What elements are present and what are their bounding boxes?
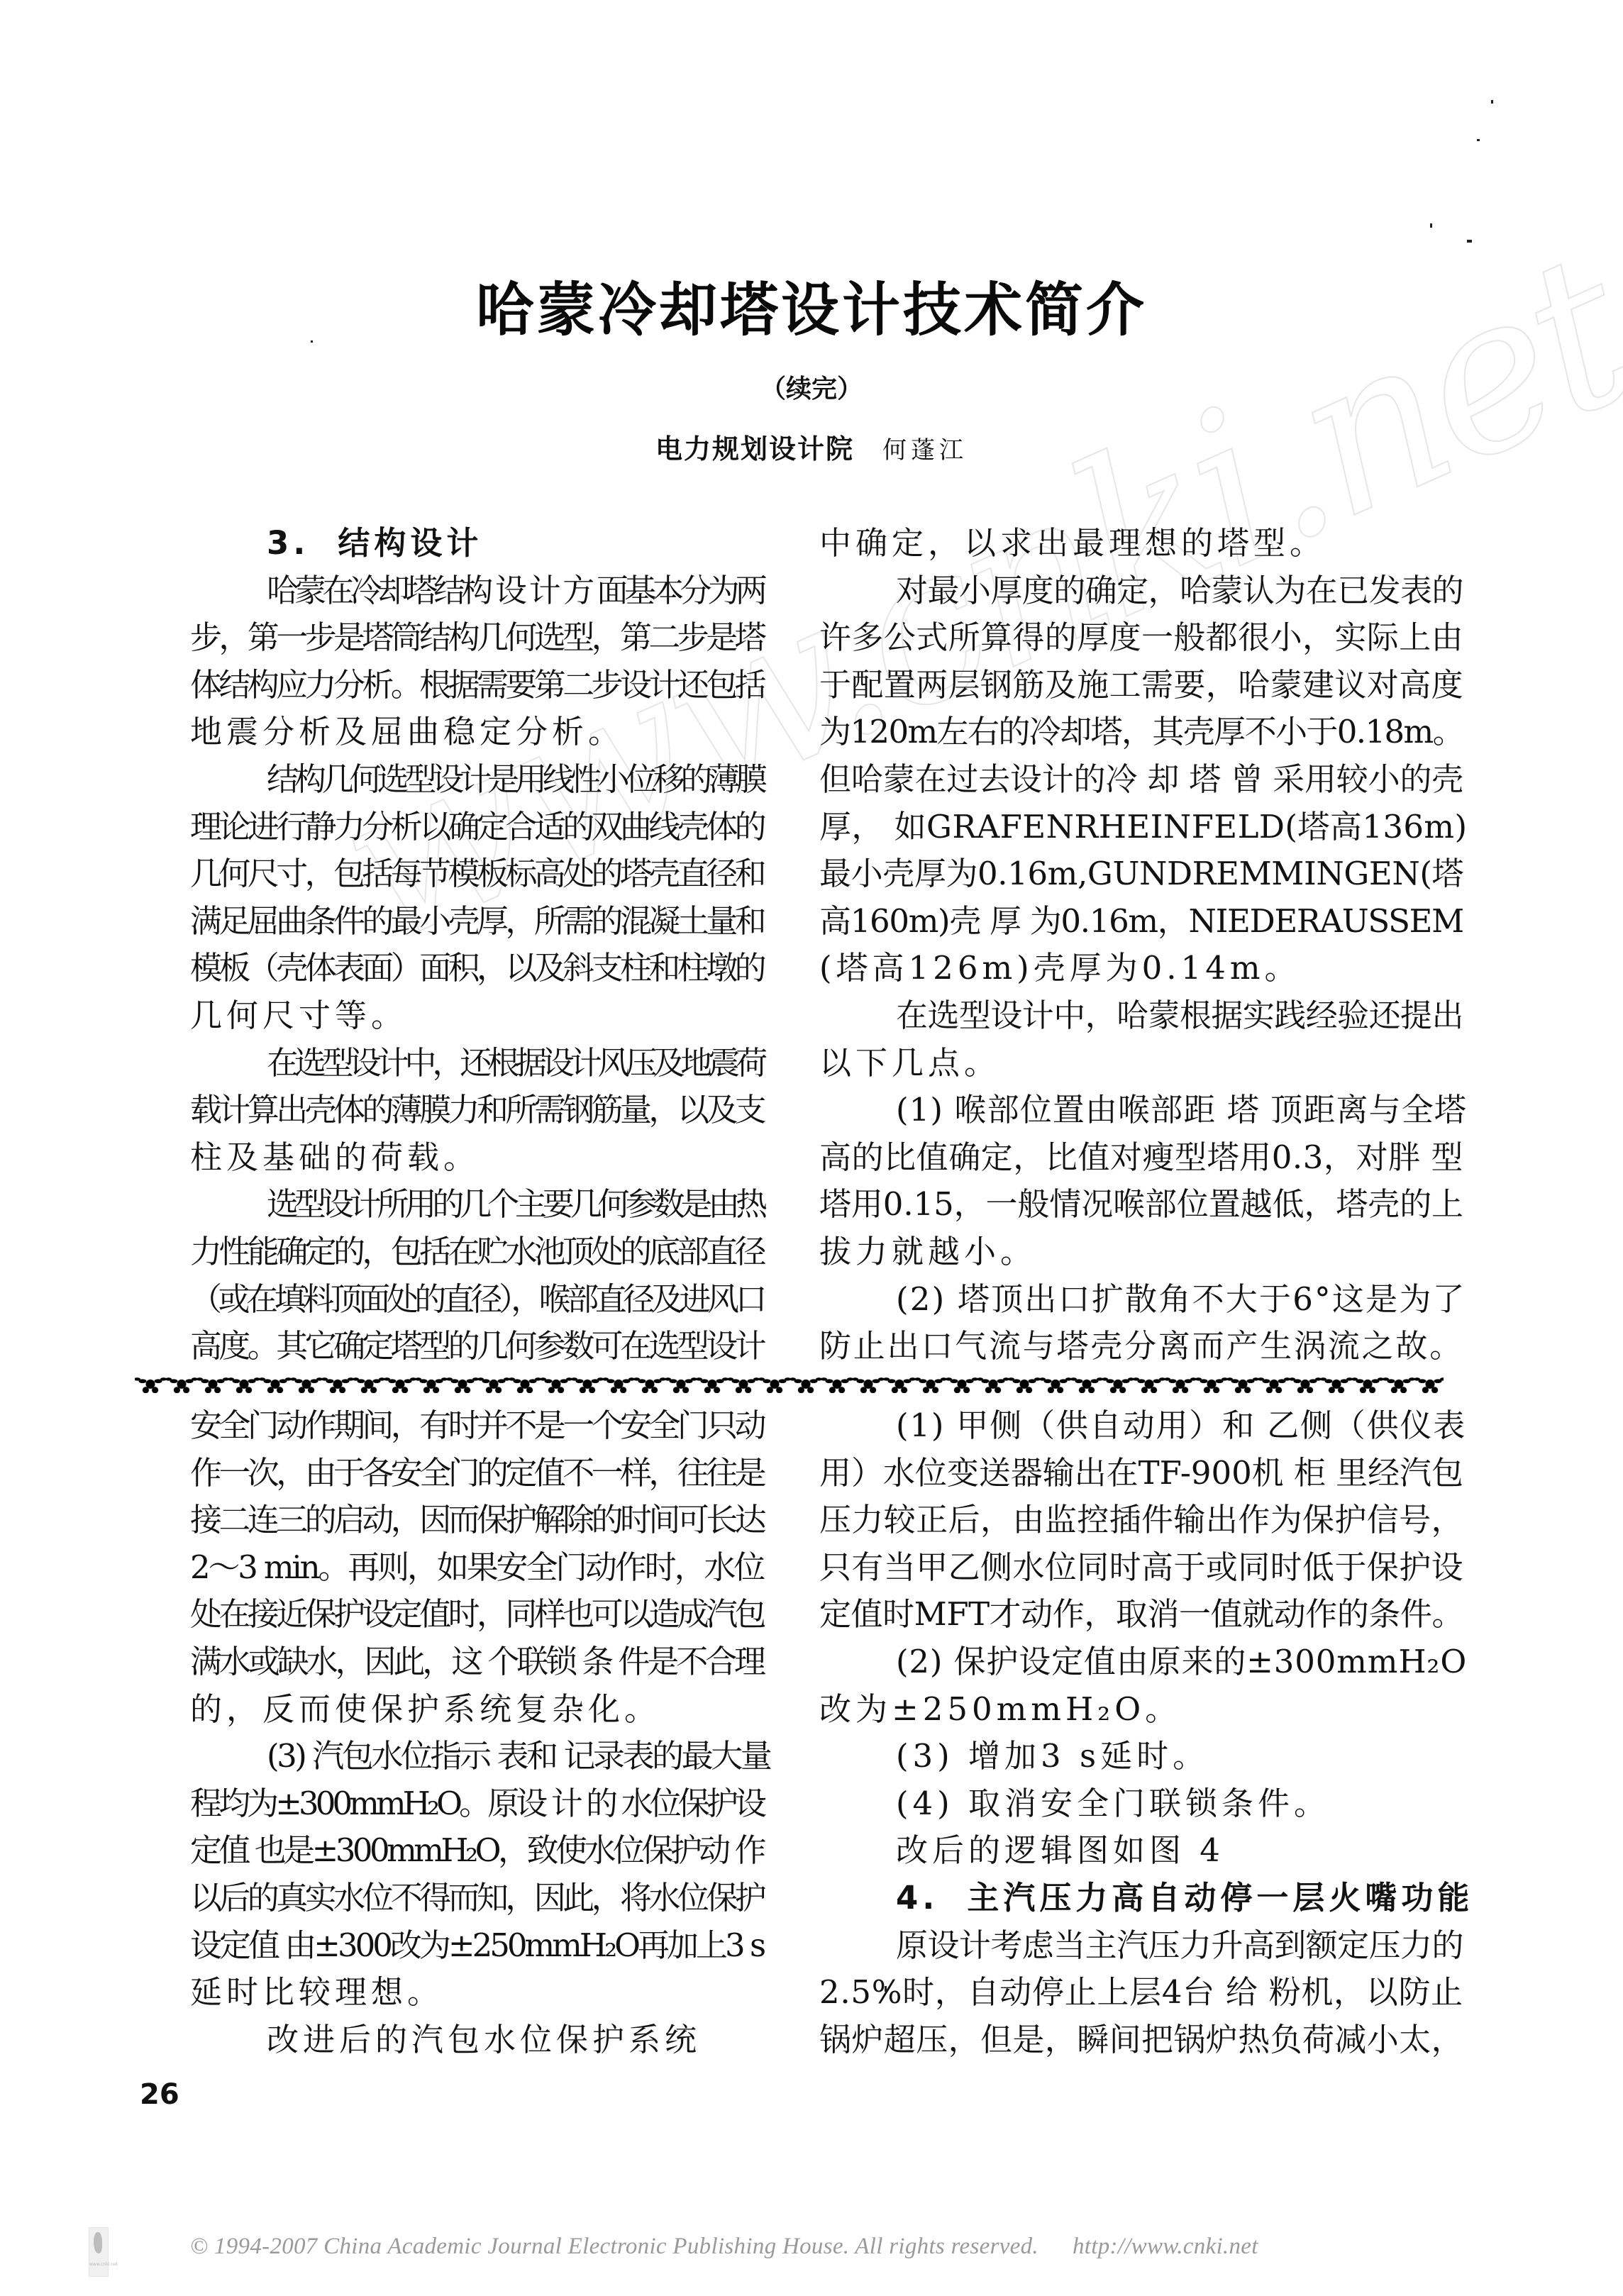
text-line: 结构几何选型设计是用线性小位移的薄膜	[190, 758, 763, 801]
ornamental-divider	[135, 1373, 1444, 1393]
text-line: 2.5%时，自动停止上层4台 给 粉机，以防止	[819, 1971, 1463, 2014]
text-line: 对最小厚度的确定，哈蒙认为在已发表的	[819, 570, 1463, 612]
text-line: (塔高126m)壳厚为0.14m。	[819, 947, 1463, 989]
scan-speck	[1430, 223, 1432, 228]
section-heading: 3.结构设计	[190, 522, 840, 565]
text-line: 塔用0.15，一般情况喉部位置越低，塔壳的上	[819, 1183, 1463, 1226]
byline: 电力规划设计院何蓬江	[0, 427, 1623, 466]
copyright-notice: © 1994-2007 China Academic Journal Elect…	[190, 2234, 1038, 2259]
cnki-link[interactable]: http://www.cnki.net	[1073, 2234, 1258, 2259]
logo-caption: www.cnki.net	[89, 2262, 108, 2267]
text-line: 力性能确定的，包括在贮水池顶处的底部直径	[190, 1231, 763, 1273]
scan-speck	[311, 340, 313, 343]
text-line: 为120m左右的冷却塔，其壳厚不小于0.18m。	[819, 711, 1463, 753]
text-line: 厚， 如GRAFENRHEINFELD(塔高136m)	[819, 806, 1463, 848]
text-line: 防止出口气流与塔壳分离而产生涡流之故。	[819, 1325, 1463, 1368]
text-line: (2) 塔顶出口扩散角不大于6°这是为了	[819, 1278, 1463, 1321]
text-line: 原设计考虑当主汽压力升高到额定压力的	[819, 1924, 1463, 1967]
text-line: (1) 甲侧（供自动用）和 乙侧（供仪表	[819, 1404, 1463, 1447]
text-line: 高的比值确定，比值对瘦型塔用0.3，对胖 型	[819, 1136, 1463, 1179]
scan-speck	[1491, 100, 1493, 104]
text-line: 但哈蒙在过去设计的冷 却 塔 曾 采用较小的壳	[819, 758, 1463, 801]
copyright-footer: www.cnki.net © 1994-2007 China Academic …	[0, 2225, 1623, 2282]
text-line: 几何尺寸，包括每节模板标高处的塔壳直径和	[190, 853, 763, 895]
text-line: 定值时MFT才动作，取消一值就动作的条件。	[819, 1593, 1463, 1636]
text-line: 只有当甲乙侧水位同时高于或同时低于保护设	[819, 1546, 1463, 1589]
text-line: 最小壳厚为0.16m,GUNDREMMINGEN(塔	[819, 853, 1463, 895]
section-heading: 4.主汽压力高自动停一层火嘴功能	[819, 1877, 1540, 1919]
section-number: 4.	[896, 1879, 938, 1917]
text-line: 高160m)壳 厚 为0.16m，NIEDERAUSSEM	[819, 900, 1463, 943]
text-line: 在选型设计中，还根据设计风压及地震荷	[190, 1042, 763, 1085]
text-line: (3) 增加3 s延时。	[819, 1735, 1463, 1778]
text-line: 步，第一步是塔筒结构几何选型，第二步是塔	[190, 616, 763, 659]
text-line: 满足屈曲条件的最小壳厚，所需的混凝土量和	[190, 900, 763, 943]
text-line: 作一次，由于各安全门的定值不一样，往往是	[190, 1452, 763, 1494]
text-line: 安全门动作期间，有时并不是一个安全门只动	[190, 1404, 763, 1447]
text-line: 以下几点。	[819, 1042, 1463, 1085]
page-number: 26	[140, 2078, 179, 2111]
text-line: 选型设计所用的几个主要几何参数是由热	[190, 1183, 763, 1226]
text-line: （或在填料顶面处的直径），喉部直径及进风口	[190, 1278, 763, 1321]
text-line: 的，反而使保护系统复杂化。	[190, 1688, 763, 1731]
text-line: (1) 喉部位置由喉部距 塔 顶距离与全塔	[819, 1089, 1463, 1131]
section-title: 结构设计	[338, 524, 482, 562]
text-line: 改后的逻辑图如图 4	[819, 1829, 1463, 1872]
text-line: 设定值 由±300改为±250mmH₂O再加上3 s	[190, 1924, 763, 1967]
author-affiliation: 电力规划设计院	[655, 433, 854, 465]
text-line: 用）水位变送器输出在TF-900机 柜 里经汽包	[819, 1452, 1463, 1494]
text-line: (4) 取消安全门联锁条件。	[819, 1782, 1463, 1825]
text-line: 高度。其它确定塔型的几何参数可在选型设计	[190, 1325, 763, 1368]
text-line: 地震分析及屈曲稳定分析。	[190, 711, 763, 753]
article-subtitle: （续完）	[0, 369, 1623, 405]
section-number: 3.	[267, 524, 309, 562]
text-line: 改进后的汽包水位保护系统	[190, 2019, 763, 2061]
text-line: 压力较正后，由监控插件输出作为保护信号，	[819, 1499, 1463, 1541]
text-line: 理论进行静力分析以确定合适的双曲线壳体的	[190, 806, 763, 848]
section-title: 主汽压力高自动停一层火嘴功能	[967, 1879, 1473, 1917]
text-line: 拔力就越小。	[819, 1231, 1463, 1273]
text-line: 满水或缺水，因此，这 个联锁 条 件是不合理	[190, 1641, 763, 1683]
scan-speck	[1477, 139, 1480, 141]
swoosh-icon	[94, 2232, 102, 2253]
text-line: 模板（壳体表面）面积，以及斜支柱和柱墩的	[190, 947, 763, 989]
text-line: 许多公式所算得的厚度一般都很小，实际上由	[819, 616, 1463, 659]
text-line: 于配置两层钢筋及施工需要，哈蒙建议对高度	[819, 664, 1463, 706]
text-line: 接二连三的启动，因而保护解除的时间可长达	[190, 1499, 763, 1541]
text-line: 定值 也是±300mmH₂O，致使水位保护动 作	[190, 1829, 763, 1872]
author-name: 何蓬江	[882, 436, 968, 465]
text-line: 在选型设计中，哈蒙根据实践经验还提出	[819, 994, 1463, 1037]
text-line: 程均为±300mmH₂O。原设 计 的 水位保护设	[190, 1782, 763, 1825]
cnki-logo-icon: www.cnki.net	[89, 2227, 109, 2277]
text-line: 以后的真实水位不得而知，因此，将水位保护	[190, 1877, 763, 1919]
text-line: 体结构应力分析。根据需要第二步设计还包括	[190, 664, 763, 706]
text-line: 改为±250mmH₂O。	[819, 1688, 1463, 1731]
article-title: 哈蒙冷却塔设计技术简介	[0, 264, 1623, 347]
text-line: 2～3 min。再则，如果安全门动作时，水位	[190, 1546, 763, 1589]
footer-text: © 1994-2007 China Academic Journal Elect…	[190, 2234, 1258, 2260]
text-line: 处在接近保护设定值时，同样也可以造成汽包	[190, 1593, 763, 1636]
text-line: 哈蒙在冷却塔结构 设 计 方 面基本分为两	[190, 570, 763, 612]
text-line: 中确定，以求出最理想的塔型。	[819, 522, 1463, 565]
text-line: (2) 保护设定值由原来的±300mmH₂O	[819, 1641, 1463, 1683]
text-line: 载计算出壳体的薄膜力和所需钢筋量，以及支	[190, 1089, 763, 1131]
text-line: 锅炉超压，但是，瞬间把锅炉热负荷减小太，	[819, 2019, 1463, 2061]
text-line: 延时比较理想。	[190, 1971, 763, 2014]
text-line: 柱及基础的荷载。	[190, 1136, 763, 1179]
scan-speck	[1467, 240, 1472, 243]
scan-speck	[885, 1986, 887, 1992]
text-line: 几何尺寸等。	[190, 994, 763, 1037]
text-line: (3) 汽包水位指示 表和 记录表的最大量	[190, 1735, 763, 1778]
